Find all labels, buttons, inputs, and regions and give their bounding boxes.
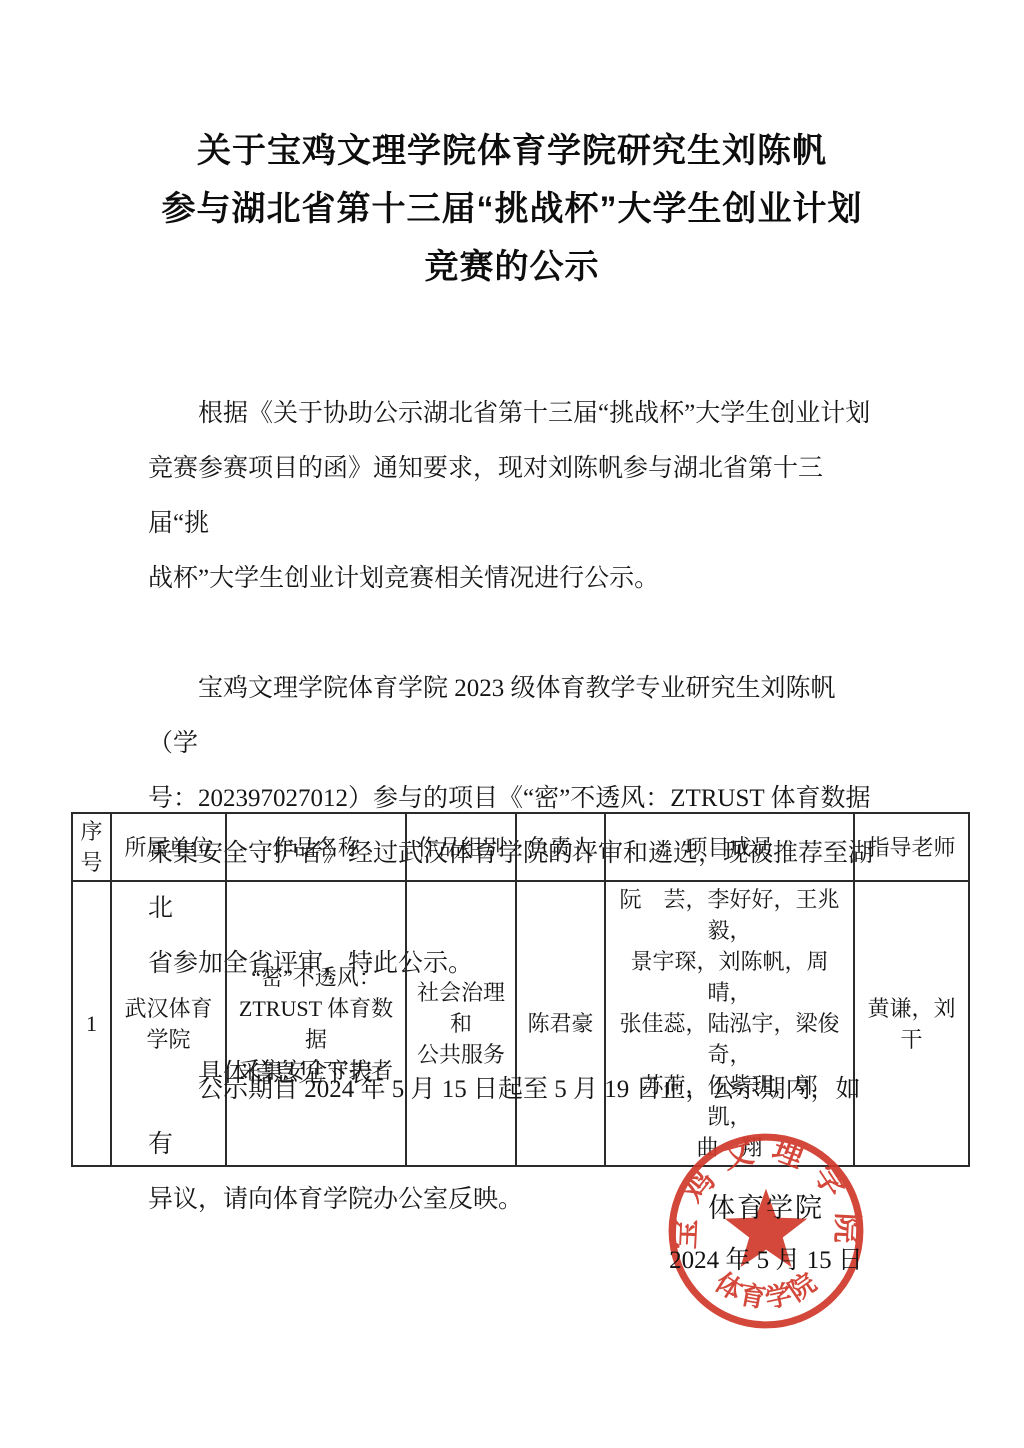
- paragraph-basis: 根据《关于协助公示湖北省第十三届“挑战杯”大学生创业计划 竞赛参赛项目的函》通知…: [148, 386, 884, 606]
- title-line-2: 参与湖北省第十三届“挑战杯”大学生创业计划: [0, 180, 1024, 238]
- official-seal-stamp: 宝鸡文理学院 体育学院: [660, 1124, 872, 1338]
- header-advisors: 指导老师: [854, 813, 969, 881]
- cell-seq: 1: [72, 881, 111, 1166]
- header-unit: 所属单位: [111, 813, 226, 881]
- title-line-1: 关于宝鸡文理学院体育学院研究生刘陈帆: [0, 122, 1024, 180]
- notice-document: 关于宝鸡文理学院体育学院研究生刘陈帆 参与湖北省第十三届“挑战杯”大学生创业计划…: [0, 0, 1024, 1448]
- signature-department: 体育学院: [660, 1186, 872, 1225]
- document-title: 关于宝鸡文理学院体育学院研究生刘陈帆 参与湖北省第十三届“挑战杯”大学生创业计划…: [0, 122, 1024, 296]
- title-line-3: 竞赛的公示: [0, 238, 1024, 296]
- table-header-row: 序 号 所属单位 作品名称 作品组别 负责人 项目成员 指导老师: [72, 813, 969, 881]
- signature-date: 2024 年 5 月 15 日: [635, 1240, 897, 1276]
- header-group: 作品组别: [406, 813, 516, 881]
- header-seq: 序 号: [72, 813, 111, 881]
- header-leader: 负责人: [516, 813, 605, 881]
- header-work-name: 作品名称: [226, 813, 406, 881]
- header-members: 项目成员: [605, 813, 854, 881]
